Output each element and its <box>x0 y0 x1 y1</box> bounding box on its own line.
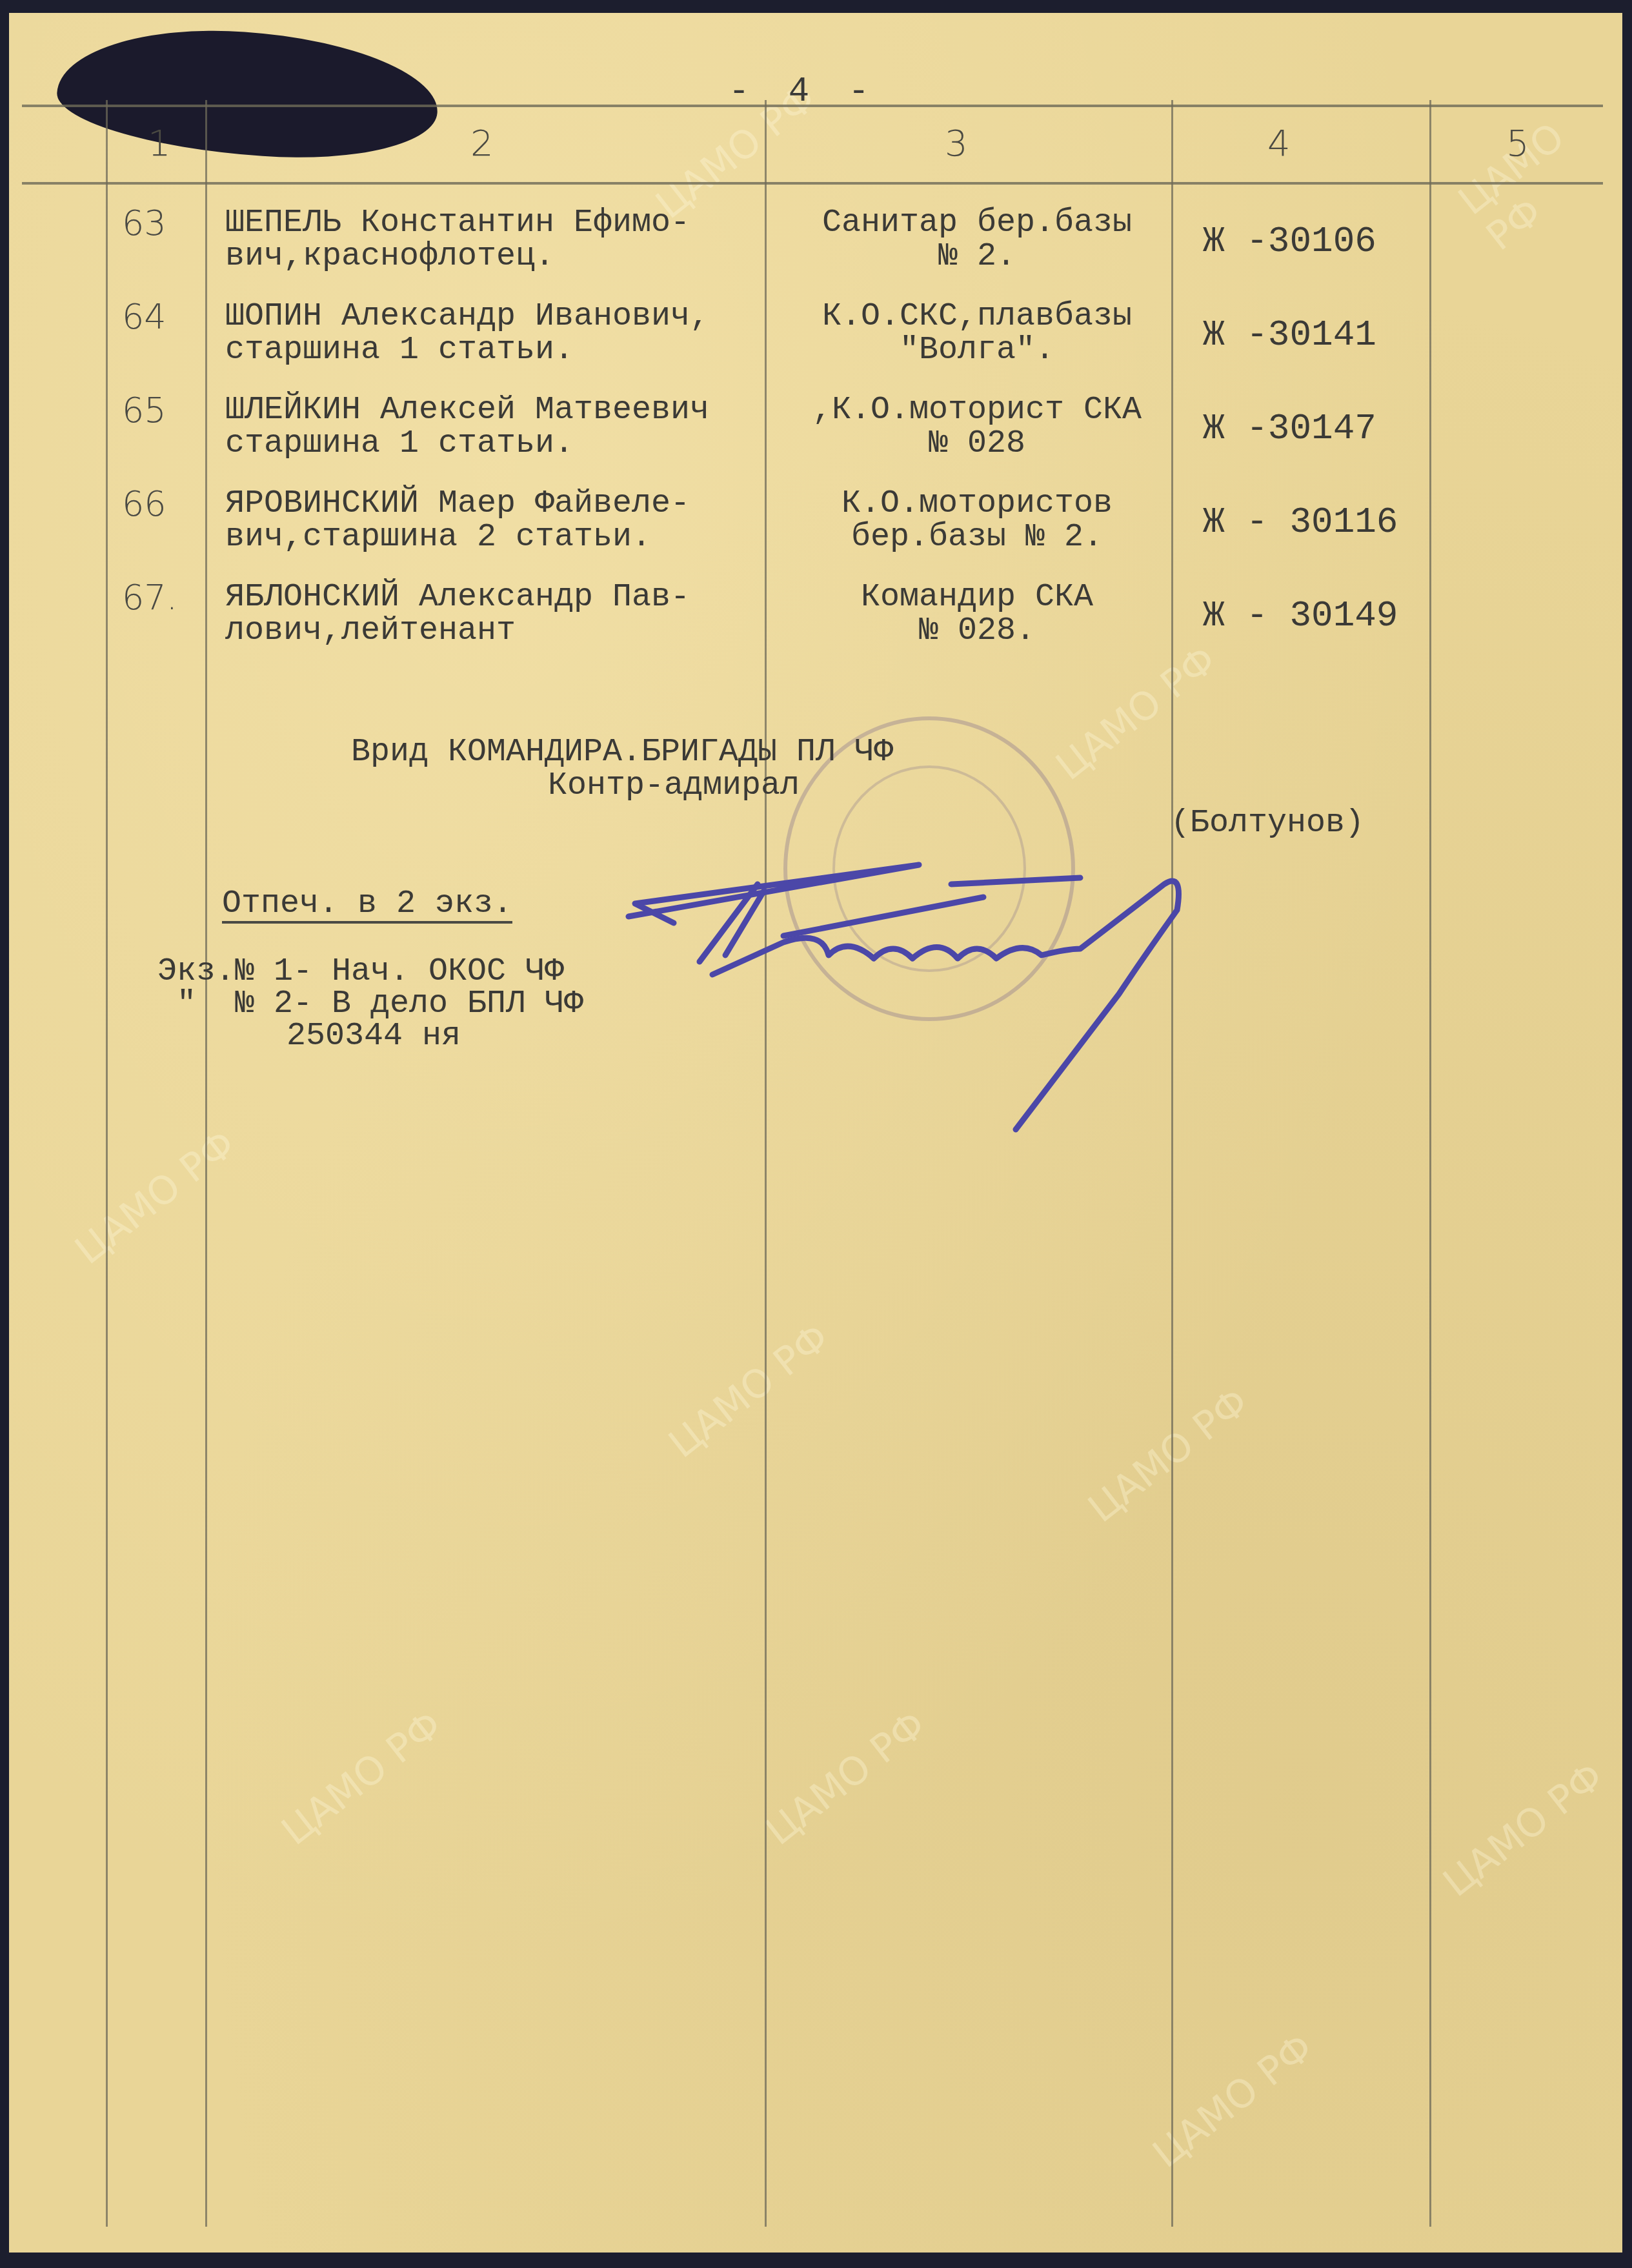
distribution-line-2: " № 2- В дело БПЛ ЧФ <box>177 987 583 1021</box>
distribution-line-1: Экз.№ 1- Нач. ОКОС ЧФ <box>157 955 564 989</box>
person-name-line2: вич,краснофлотец. <box>225 240 554 274</box>
column-border <box>106 100 108 2227</box>
signer-rank: Контр-адмирал <box>548 769 800 803</box>
watermark: ЦАМО РФ <box>67 1121 244 1273</box>
row-number: 66 <box>122 487 166 521</box>
column-border <box>765 100 767 2227</box>
award-number: Ж -30106 <box>1203 225 1376 258</box>
watermark: ЦАМО РФ <box>758 1702 934 1854</box>
watermark: ЦАМО РФ <box>1435 1754 1612 1906</box>
watermark: ЦАМО РФ <box>1450 89 1632 259</box>
column-header-5: 5 <box>1506 123 1529 165</box>
table-header-border <box>22 182 1603 185</box>
handwritten-signature <box>616 826 1422 1136</box>
row-number: 65 <box>122 394 166 427</box>
person-name-line1: ШЕПЕЛЬ Константин Ефимо- <box>225 207 690 240</box>
award-number: Ж - 30149 <box>1203 599 1398 633</box>
row-number: 67. <box>122 581 177 614</box>
person-name-line1: ЯРОВИНСКИЙ Маер Файвеле- <box>225 487 690 521</box>
column-border <box>205 100 207 2227</box>
table-top-border <box>22 105 1603 107</box>
award-number: Ж -30147 <box>1203 412 1376 445</box>
column-header-2: 2 <box>470 123 494 165</box>
position-line1: К.О.СКС,плавбазы <box>780 300 1174 334</box>
redaction-blot <box>54 19 442 168</box>
watermark: ЦАМО РФ <box>1080 1379 1257 1532</box>
document-page: ЦАМО РФ ЦАМО РФ ЦАМО РФ ЦАМО РФ ЦАМО РФ … <box>9 13 1622 2253</box>
watermark: ЦАМО РФ <box>661 1315 838 1467</box>
position-line2: № 2. <box>780 240 1174 274</box>
position-line2: "Волга". <box>780 334 1174 367</box>
watermark: ЦАМО РФ <box>1048 637 1225 789</box>
person-name-line2: старшина 1 статьи. <box>225 334 574 367</box>
position-line2: № 028. <box>780 614 1174 648</box>
person-name-line2: лович,лейтенант <box>225 614 516 648</box>
position-line2: бер.базы № 2. <box>780 521 1174 554</box>
copies-printed-note: Отпеч. в 2 экз. <box>222 887 512 924</box>
person-name-line1: ШОПИН Александр Иванович, <box>225 300 709 334</box>
position-line1: Командир СКА <box>780 581 1174 614</box>
column-header-4: 4 <box>1267 123 1291 165</box>
typist-reference: 250344 ня <box>287 1020 461 1053</box>
signer-title: Врид КОМАНДИРА.БРИГАДЫ ПЛ ЧФ <box>351 736 893 769</box>
position-line1: К.О.мотористов <box>780 487 1174 521</box>
person-name-line1: ШЛЕЙКИН Алексей Матвеевич <box>225 394 709 427</box>
position-line2: № 028 <box>780 427 1174 461</box>
row-number: 63 <box>122 207 166 240</box>
watermark: ЦАМО РФ <box>274 1702 450 1854</box>
position-line1: Санитар бер.базы <box>780 207 1174 240</box>
award-number: Ж - 30116 <box>1203 505 1398 539</box>
row-number: 64 <box>122 300 166 334</box>
person-name-line2: вич,старшина 2 статьи. <box>225 521 651 554</box>
column-header-3: 3 <box>945 123 968 165</box>
position-line1: ,К.О.моторист СКА <box>780 394 1174 427</box>
column-border <box>1429 100 1431 2227</box>
column-header-1: 1 <box>148 123 171 165</box>
person-name-line2: старшина 1 статьи. <box>225 427 574 461</box>
person-name-line1: ЯБЛОНСКИЙ Александр Пав- <box>225 581 690 614</box>
award-number: Ж -30141 <box>1203 318 1376 352</box>
